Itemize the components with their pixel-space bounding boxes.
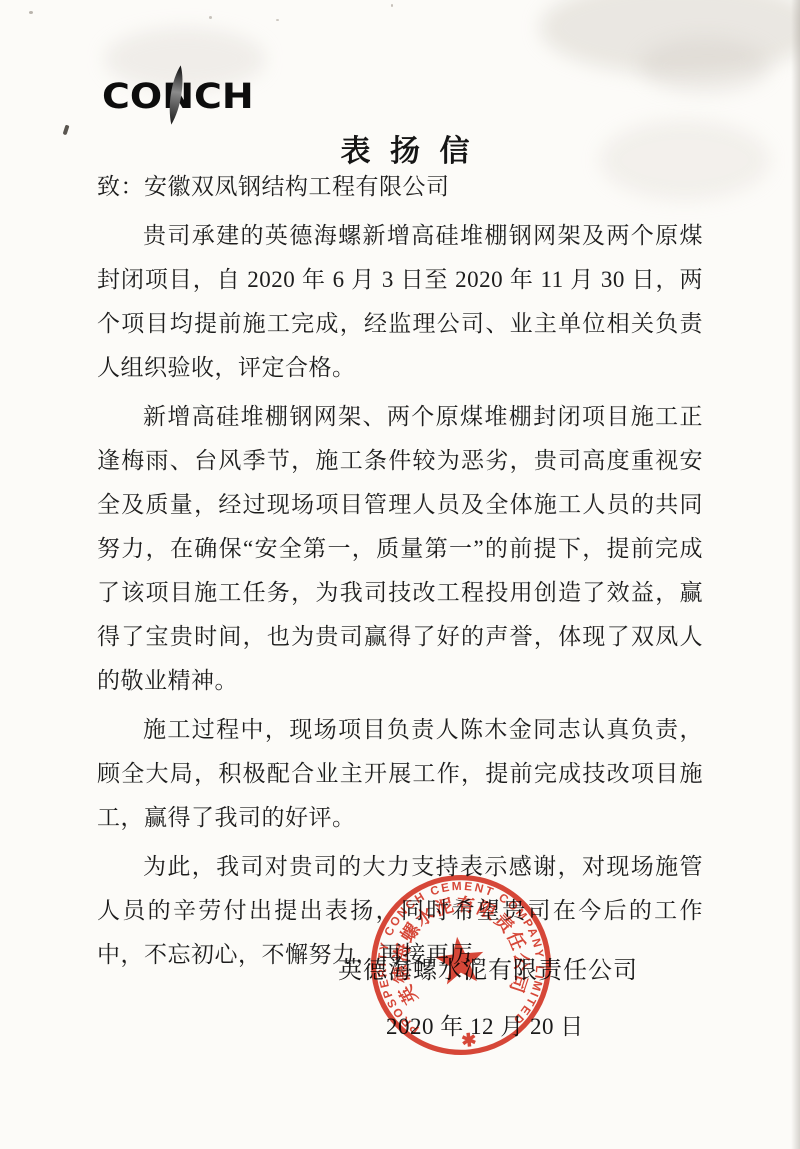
scan-speck: [209, 16, 212, 19]
scan-smudge: [540, 0, 800, 75]
seal-star-icon: [433, 934, 486, 985]
letter-paragraph-2: 新增高硅堆棚钢网架、两个原煤堆棚封闭项目施工正逢梅雨、台风季节，施工条件较为恶劣…: [97, 395, 703, 703]
scan-speck: [391, 4, 393, 7]
scan-speck: [276, 19, 279, 21]
scan-smudge: [640, 38, 770, 93]
page-edge-shadow: [791, 0, 800, 1149]
seal-bottom-mark: ✱: [460, 1030, 477, 1051]
letter-body: 致：安徽双凤钢结构工程有限公司 贵司承建的英德海螺新增高硅堆棚钢网架及两个原煤封…: [97, 165, 703, 982]
scan-speck: [29, 11, 33, 14]
letter-title: 表 扬 信: [0, 126, 800, 170]
company-seal: PROSPERITY CONCH CEMENT COMPANY LIMITED …: [357, 861, 566, 1070]
letter-paragraph-1: 贵司承建的英德海螺新增高硅堆棚钢网架及两个原煤封闭项目，自 2020 年 6 月…: [97, 214, 703, 390]
letter-page: CONCH 表 扬 信 致：安徽双凤钢结构工程有限公司 贵司承建的英德海螺新增高…: [0, 0, 800, 1149]
letter-salutation: 致：安徽双凤钢结构工程有限公司: [97, 165, 703, 209]
conch-logo: CONCH: [102, 76, 254, 116]
letter-paragraph-3: 施工过程中，现场项目负责人陈木金同志认真负责，顾全大局，积极配合业主开展工作，提…: [97, 708, 703, 840]
